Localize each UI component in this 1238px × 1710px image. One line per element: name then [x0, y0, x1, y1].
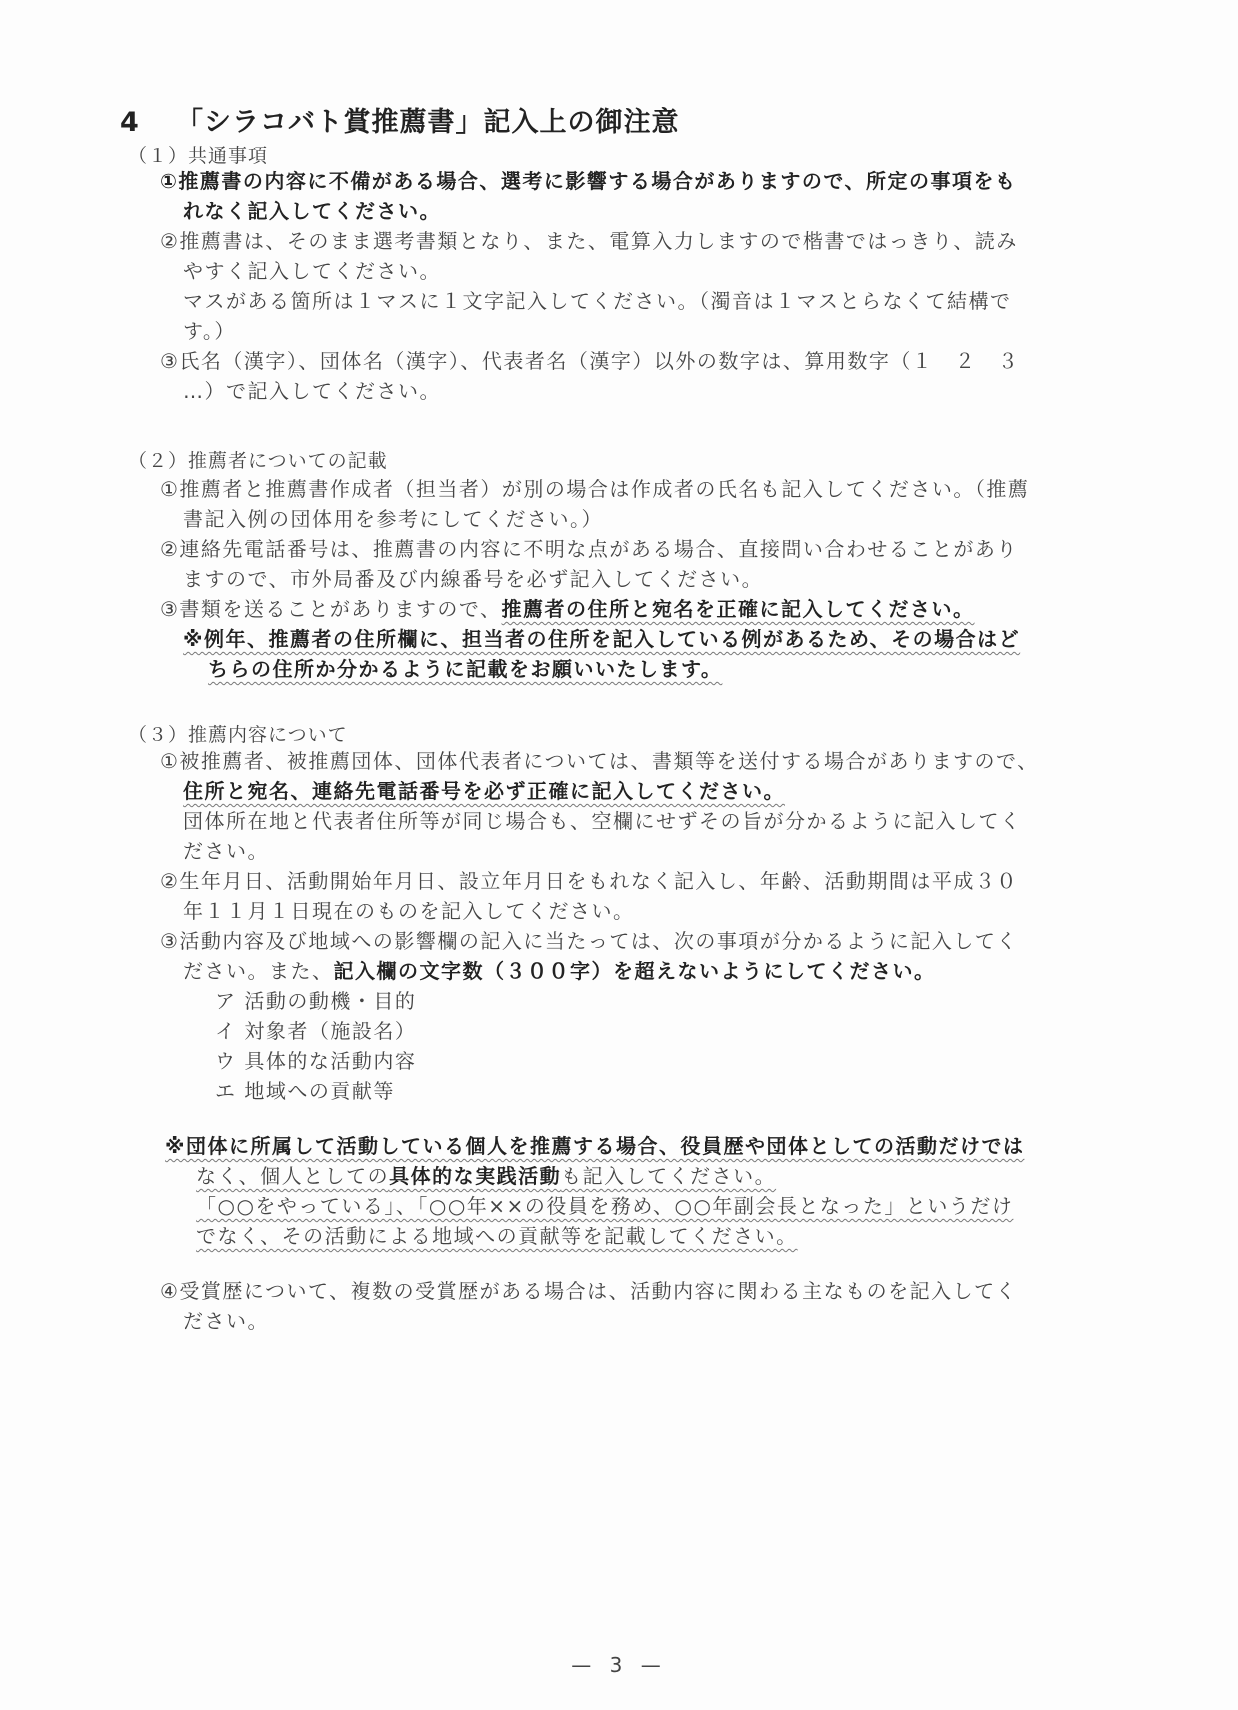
list-item: ア 活動の動機・目的: [215, 986, 416, 1016]
note-line: 「○○をやっている」、「○○年××の役員を務め、○○年副会長となった」というだけ: [196, 1191, 1013, 1221]
text-line: 団体所在地と代表者住所等が同じ場合も、空欄にせずその旨が分かるように記入してく: [183, 806, 1022, 836]
text-line: ①推薦者と推薦書作成者（担当者）が別の場合は作成者の氏名も記入してください。（推…: [160, 474, 1029, 504]
title-text: 「シラコバト賞推薦書」記入上の御注意: [176, 107, 679, 138]
emphasis-line: 住所と宛名、連絡先電話番号を必ず正確に記入してください。: [183, 776, 785, 806]
text-line: 書記入例の団体用を参考にしてください。）: [183, 504, 603, 534]
note-line: ちらの住所か分かるように記載をお願いいたします。: [208, 654, 722, 684]
page-title: 4「シラコバト賞推薦書」記入上の御注意: [120, 100, 679, 139]
list-item: エ 地域への貢献等: [215, 1076, 395, 1106]
text-span: ださい。また、: [183, 959, 334, 983]
text-span: も記入してください。: [561, 1164, 776, 1188]
text-line: ②連絡先電話番号は、推薦書の内容に不明な点がある場合、直接問い合わせることがあり: [160, 534, 1018, 564]
section-heading-recommender: （２）推薦者についての記載: [128, 446, 388, 476]
text-line: す。）: [183, 316, 236, 346]
page-number: — 3 —: [0, 1653, 1238, 1677]
text-span: ※団体に所属して活動している個人を推薦する場合、役員歴や団体としての活動だけでは: [165, 1134, 1024, 1158]
emphasis-text: 推薦者の住所と宛名を正確に記入してください。: [502, 597, 975, 621]
text-line: ③氏名（漢字）、団体名（漢字）、代表者名（漢字）以外の数字は、算用数字（１ ２ …: [160, 346, 1019, 376]
text-line: マスがある箇所は１マスに１文字記入してください。（濁音は１マスとらなくて結構で: [183, 286, 1012, 316]
text-line: ①推薦書の内容に不備がある場合、選考に影響する場合がありますので、所定の事項をも: [160, 166, 1017, 196]
text-line: ③書類を送ることがありますので、推薦者の住所と宛名を正確に記入してください。: [160, 594, 975, 624]
text-line: …）で記入してください。: [183, 376, 441, 406]
text-span: ③書類を送ることがありますので、: [160, 597, 502, 621]
emphasis-text: 具体的な実践活動: [389, 1164, 561, 1188]
text-line: ③活動内容及び地域への影響欄の記入に当たっては、次の事項が分かるように記入してく: [160, 926, 1018, 956]
text-line: れなく記入してください。: [183, 196, 441, 226]
text-span: なく、個人としての: [196, 1164, 389, 1188]
text-line: ますので、市外局番及び内線番号を必ず記入してください。: [183, 564, 763, 594]
emphasis-text: 記入欄の文字数（３００字）を超えないようにしてください。: [334, 959, 936, 983]
document-page: 4「シラコバト賞推薦書」記入上の御注意 （１）共通事項 ①推薦書の内容に不備があ…: [0, 0, 1238, 1710]
text-line: ②生年月日、活動開始年月日、設立年月日をもれなく記入し、年齢、活動期間は平成３０: [160, 866, 1018, 896]
list-item: ウ 具体的な活動内容: [215, 1046, 416, 1076]
text-line: やすく記入してください。: [183, 256, 441, 286]
note-line: なく、個人としての具体的な実践活動も記入してください。: [196, 1161, 776, 1191]
text-line: 年１１月１日現在のものを記入してください。: [183, 896, 635, 926]
text-line: ①被推薦者、被推薦団体、団体代表者については、書類等を送付する場合がありますので…: [160, 746, 1039, 776]
note-line: ※団体に所属して活動している個人を推薦する場合、役員歴や団体としての活動だけでは: [165, 1131, 1024, 1161]
text-line: ②推薦書は、そのまま選考書類となり、また、電算入力しますので楷書ではっきり、読み: [160, 226, 1018, 256]
text-line: ④受賞歴について、複数の受賞歴がある場合は、活動内容に関わる主なものを記入してく: [160, 1276, 1017, 1306]
section-number: 4: [120, 107, 176, 138]
text-line: ださい。また、記入欄の文字数（３００字）を超えないようにしてください。: [183, 956, 936, 986]
note-line: でなく、その活動による地域への貢献等を記載してください。: [196, 1221, 798, 1251]
list-item: イ 対象者（施設名）: [215, 1016, 416, 1046]
note-line: ※例年、推薦者の住所欄に、担当者の住所を記入している例があるため、その場合はど: [183, 624, 1020, 654]
text-line: ださい。: [183, 1306, 269, 1336]
text-line: ださい。: [183, 836, 269, 866]
